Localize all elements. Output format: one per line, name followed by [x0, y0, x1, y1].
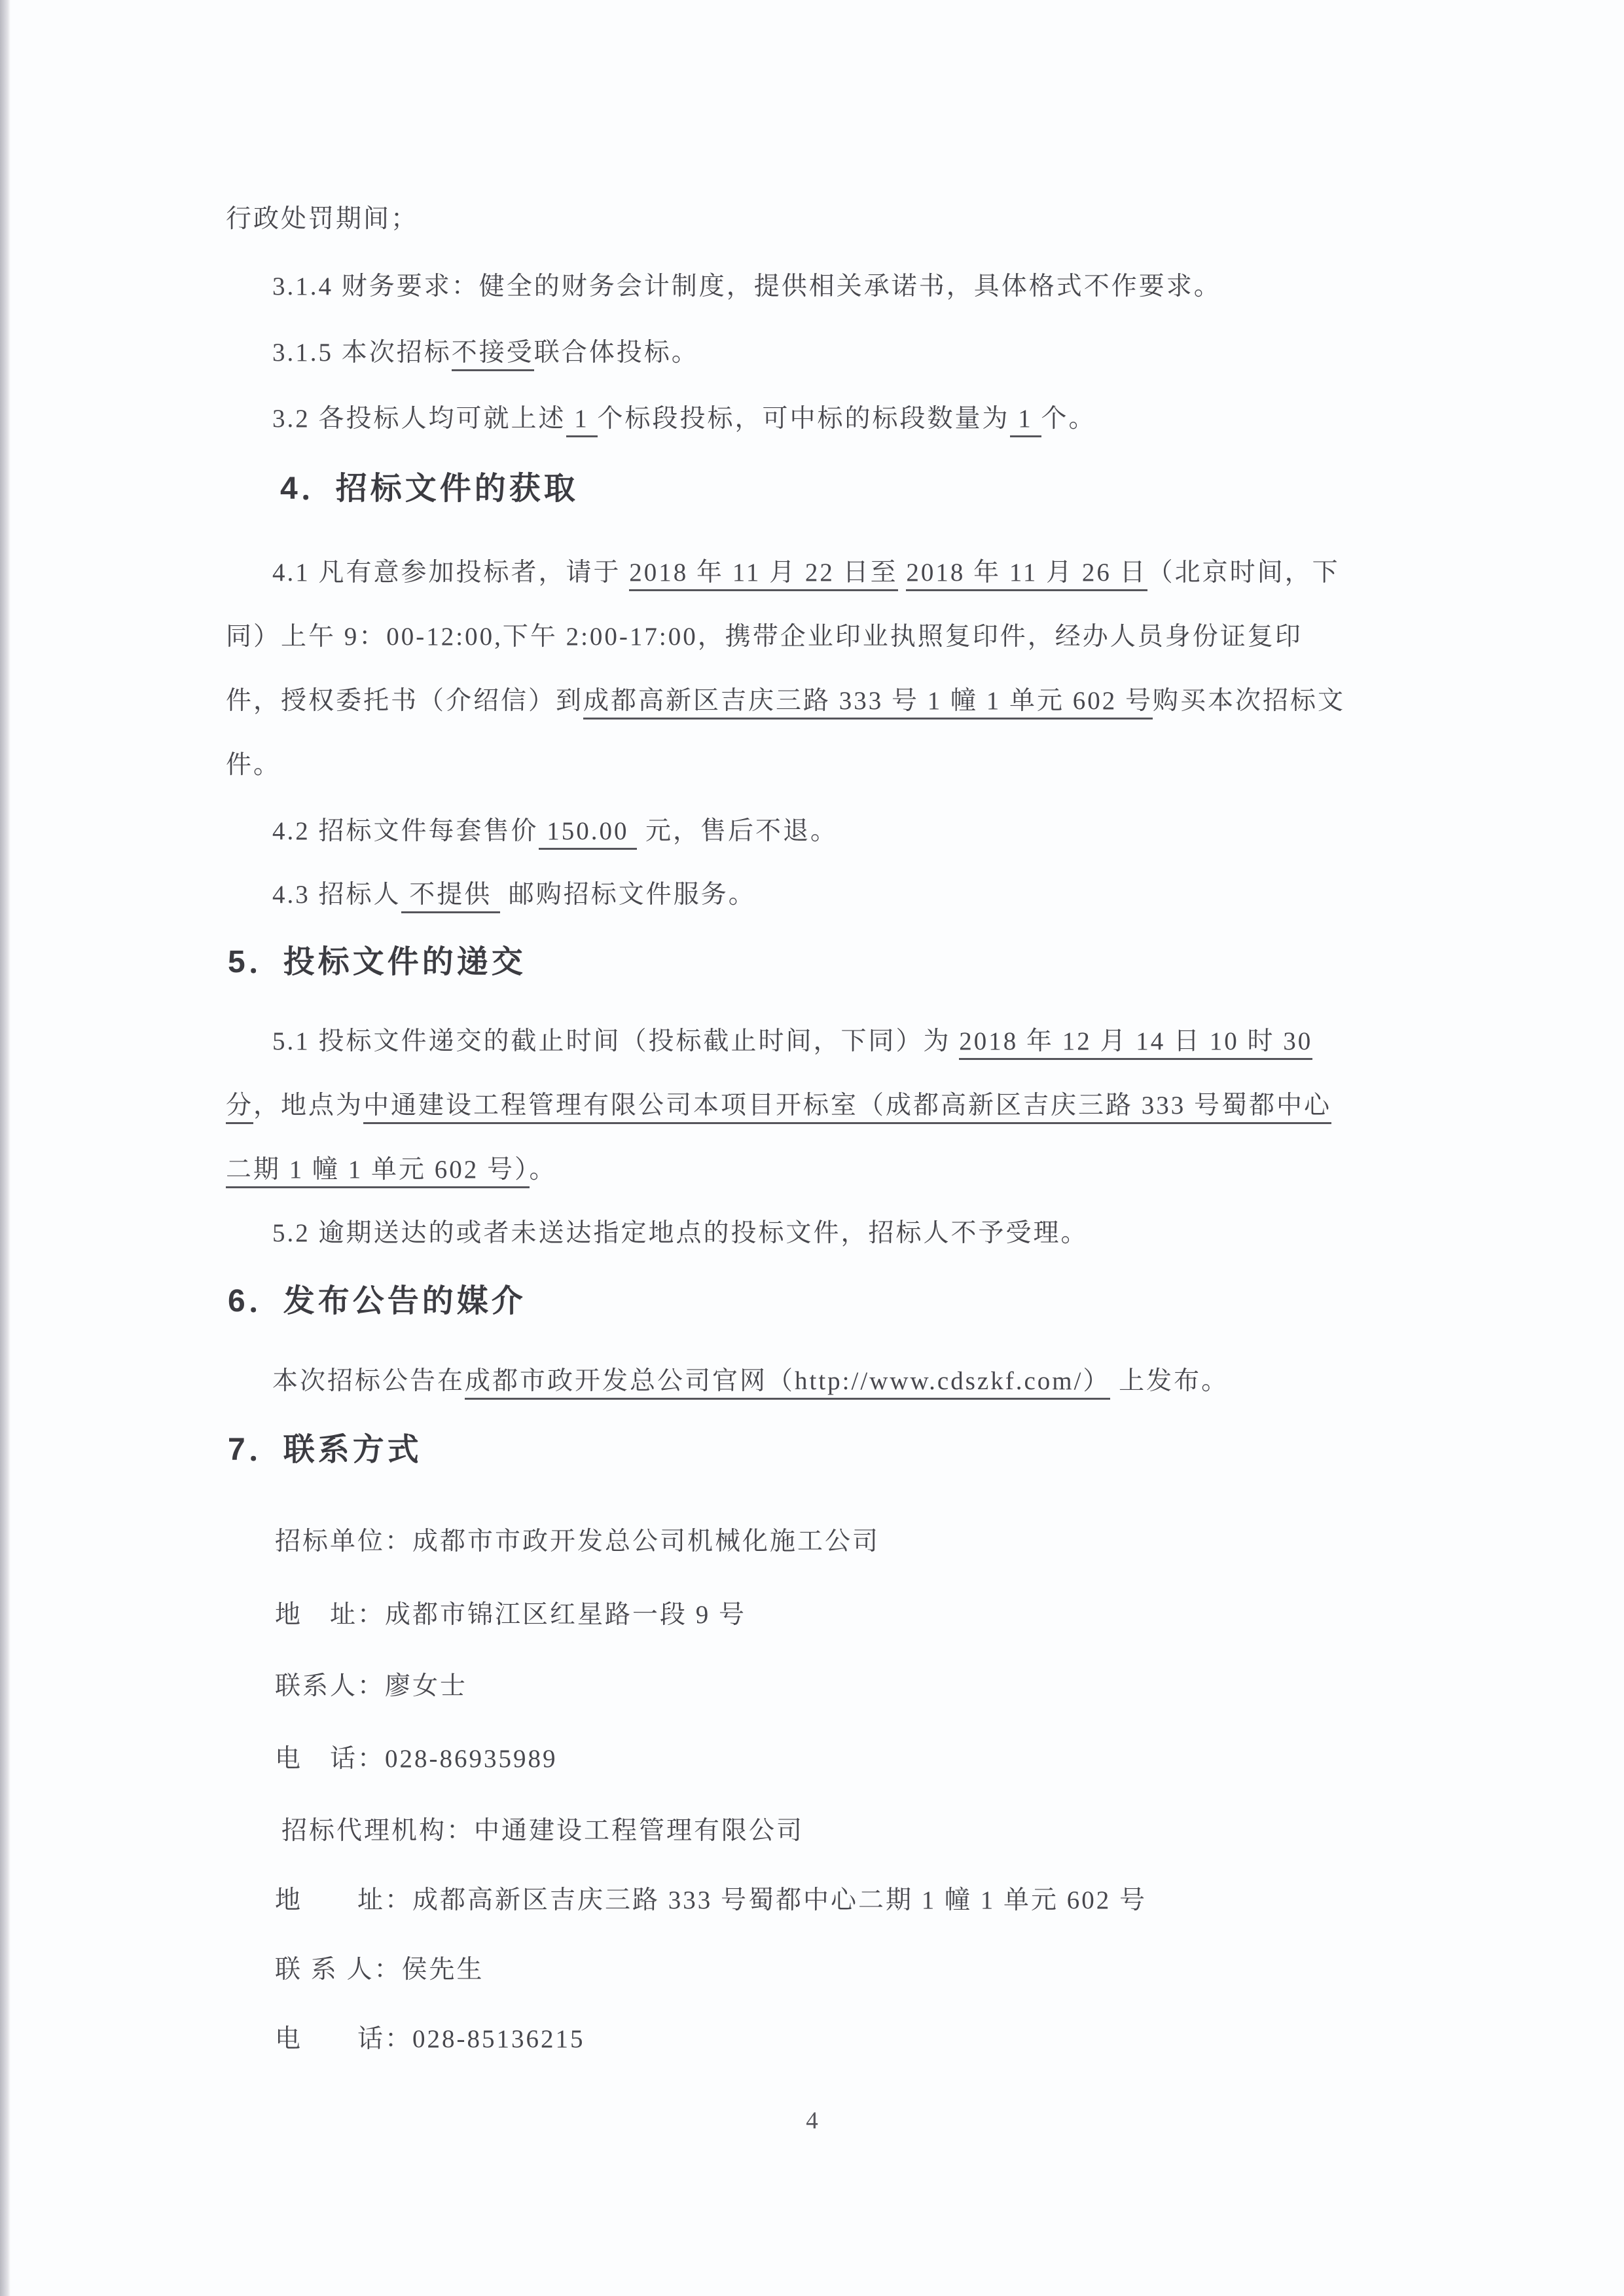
heading-4-run-0: 4．招标文件的获取: [280, 471, 579, 506]
para-4-1-line2-run-0: 同）上午 9：00-12:00,下午 2:00-17:00，携带企业印业执照复印…: [226, 623, 1303, 651]
contact-agency-unit: 招标代理机构：中通建设工程管理有限公司: [281, 1816, 804, 1847]
para-4-2: 4.2 招标文件每套售价 150.00 元，售后不退。: [272, 816, 838, 847]
heading-5: 5．投标文件的递交: [228, 943, 526, 981]
scanned-document-page: 行政处罚期间；3.1.4 财务要求：健全的财务会计制度，提供相关承诺书，具体格式…: [0, 0, 1624, 2296]
para-3-1-5: 3.1.5 本次招标不接受联合体投标。: [272, 338, 699, 369]
para-4-2-run-2: 元，售后不退。: [637, 817, 838, 845]
heading-7: 7．联系方式: [228, 1431, 422, 1469]
para-4-1-line1-run-3: 2018 年 11 月 26 日: [906, 558, 1147, 591]
page-number: 4: [0, 2107, 1624, 2135]
heading-6: 6．发布公告的媒介: [228, 1283, 526, 1321]
scan-edge-shadow: [0, 0, 10, 2296]
para-5-2-run-0: 5.2 逾期送达的或者未送达指定地点的投标文件，招标人不予受理。: [272, 1219, 1089, 1247]
heading-4: 4．招标文件的获取: [280, 470, 579, 508]
contact-agency-unit-run-0: 招标代理机构：中通建设工程管理有限公司: [281, 1817, 804, 1845]
para-4-1-line1-run-0: 4.1 凡有意参加投标者，请于: [272, 558, 629, 587]
para-6-1: 本次招标公告在成都市政开发总公司官网（http://www.cdszkf.com…: [272, 1366, 1229, 1397]
contact-tenderer-address: 地 址：成都市锦江区红星路一段 9 号: [275, 1600, 746, 1631]
heading-5-run-0: 5．投标文件的递交: [228, 945, 526, 979]
para-3-1-4-run-0: 3.1.4 财务要求：健全的财务会计制度，提供相关承诺书，具体格式不作要求。: [272, 272, 1221, 301]
para-4-1-line4-run-0: 件。: [226, 751, 281, 779]
contact-agency-address-run-0: 地 址：成都高新区吉庆三路 333 号蜀都中心二期 1 幢 1 单元 602 号: [275, 1886, 1147, 1914]
para-3-2-run-2: 个标段投标，可中标的标段数量为: [598, 405, 1010, 433]
para-3-2-run-1: 1: [566, 405, 598, 437]
contact-agency-phone: 电 话：028-85136215: [275, 2024, 585, 2055]
contact-agency-address: 地 址：成都高新区吉庆三路 333 号蜀都中心二期 1 幢 1 单元 602 号: [275, 1886, 1147, 1916]
para-4-1-line4: 件。: [226, 750, 281, 781]
para-4-1-line3: 件，授权委托书（介绍信）到成都高新区吉庆三路 333 号 1 幢 1 单元 60…: [226, 686, 1345, 717]
contact-tenderer-phone: 电 话：028-86935989: [275, 1744, 558, 1775]
para-5-1-line1-run-1: 2018 年 12 月 14 日 10 时 30: [959, 1027, 1312, 1060]
para-5-2: 5.2 逾期送达的或者未送达指定地点的投标文件，招标人不予受理。: [272, 1218, 1089, 1249]
para-4-1-line3-run-2: 购买本次招标文: [1153, 687, 1345, 715]
contact-agency-person: 联 系 人：侯先生: [275, 1955, 484, 1986]
para-4-2-run-0: 4.2 招标文件每套售价: [272, 817, 539, 845]
para-4-1-line1: 4.1 凡有意参加投标者，请于 2018 年 11 月 22 日至 2018 年…: [272, 558, 1340, 589]
para-4-3-run-0: 4.3 招标人: [272, 881, 401, 909]
para-4-2-run-1: 150.00: [539, 817, 638, 850]
para-5-1-line2-run-0: 分: [226, 1091, 253, 1124]
para-5-1-line3-run-1: 。: [530, 1156, 557, 1184]
para-5-1-line1: 5.1 投标文件递交的截止时间（投标截止时间，下同）为 2018 年 12 月 …: [272, 1027, 1312, 1057]
para-5-1-line2-run-1: ，地点为: [253, 1091, 363, 1120]
para-4-1-line1-run-4: （北京时间，下: [1147, 558, 1340, 587]
para-4-3-run-1: 不提供: [401, 881, 501, 913]
para-4-1-line3-run-0: 件，授权委托书（介绍信）到: [226, 687, 583, 715]
contact-tenderer-phone-run-0: 电 话：028-86935989: [275, 1745, 558, 1773]
para-3-2: 3.2 各投标人均可就上述 1 个标段投标，可中标的标段数量为 1 个。: [272, 404, 1096, 435]
para-4-1-line3-run-1: 成都高新区吉庆三路 333 号 1 幢 1 单元 602 号: [583, 687, 1153, 720]
para-3-1-4: 3.1.4 财务要求：健全的财务会计制度，提供相关承诺书，具体格式不作要求。: [272, 272, 1221, 302]
para-4-1-line2: 同）上午 9：00-12:00,下午 2:00-17:00，携带企业印业执照复印…: [226, 622, 1303, 653]
para-3-2-run-3: 1: [1010, 405, 1041, 437]
contact-tenderer-address-run-0: 地 址：成都市锦江区红星路一段 9 号: [275, 1601, 746, 1629]
contact-tenderer-person: 联系人：廖女士: [275, 1671, 467, 1702]
para-5-1-line2: 分，地点为中通建设工程管理有限公司本项目开标室（成都高新区吉庆三路 333 号蜀…: [226, 1091, 1331, 1121]
contact-tenderer-unit-run-0: 招标单位：成都市市政开发总公司机械化施工公司: [275, 1527, 880, 1556]
para-3-1-5-run-1: 不接受: [452, 338, 534, 371]
para-6-1-run-2: 上发布。: [1110, 1367, 1229, 1395]
para-6-1-run-0: 本次招标公告在: [272, 1367, 465, 1395]
para-3-2-run-0: 3.2 各投标人均可就上述: [272, 405, 566, 433]
para-3-1-5-run-2: 联合体投标。: [534, 338, 699, 367]
para-5-1-line3: 二期 1 幢 1 单元 602 号）。: [226, 1155, 557, 1186]
para-4-3-run-2: 邮购招标文件服务。: [500, 881, 756, 909]
para-5-1-line1-run-0: 5.1 投标文件递交的截止时间（投标截止时间，下同）为: [272, 1027, 959, 1055]
contact-agency-person-run-0: 联 系 人：侯先生: [275, 1956, 484, 1984]
para-6-1-run-1: 成都市政开发总公司官网（http://www.cdszkf.com/）: [465, 1367, 1110, 1400]
contact-tenderer-unit: 招标单位：成都市市政开发总公司机械化施工公司: [275, 1527, 880, 1558]
para-3-2-run-4: 个。: [1041, 405, 1096, 433]
para-4-1-line1-run-1: 2018 年 11 月 22 日至: [629, 558, 897, 591]
para-3-1-5-run-0: 3.1.5 本次招标: [272, 338, 452, 367]
para-5-1-line3-run-0: 二期 1 幢 1 单元 602 号）: [226, 1156, 530, 1188]
para-administrative-penalty: 行政处罚期间；: [226, 204, 418, 235]
heading-7-run-0: 7．联系方式: [228, 1432, 422, 1467]
contact-agency-phone-run-0: 电 话：028-85136215: [275, 2025, 585, 2053]
para-4-1-line1-run-2: [898, 558, 907, 587]
para-administrative-penalty-run-0: 行政处罚期间；: [226, 205, 418, 233]
para-5-1-line2-run-2: 中通建设工程管理有限公司本项目开标室（成都高新区吉庆三路 333 号蜀都中心: [363, 1091, 1331, 1124]
heading-6-run-0: 6．发布公告的媒介: [228, 1284, 526, 1319]
para-4-3: 4.3 招标人 不提供 邮购招标文件服务。: [272, 880, 756, 911]
contact-tenderer-person-run-0: 联系人：廖女士: [275, 1672, 467, 1700]
